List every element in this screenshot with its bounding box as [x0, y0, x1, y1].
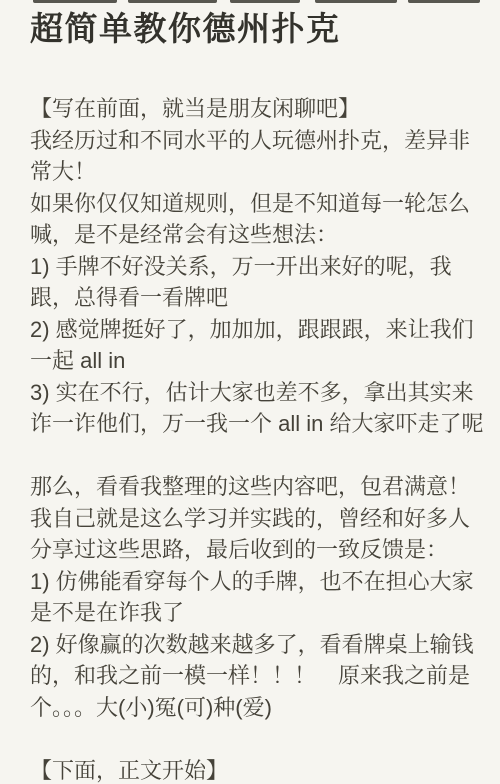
- article-title: 超简单教你德州扑克: [30, 9, 485, 49]
- list-item-2: 2) 感觉牌挺好了，加加加，跟跟跟，来让我们一起 all in: [30, 314, 485, 377]
- glyph-remnant-bar: [315, 0, 397, 3]
- intro-bracket-line: 【写在前面，就当是朋友闲聊吧】: [30, 93, 485, 125]
- blank-line: [30, 723, 485, 755]
- list-item-3: 3) 实在不行，估计大家也差不多，拿出其实来诈一诈他们，万一我一个 all in…: [30, 377, 485, 440]
- article-body: 【写在前面，就当是朋友闲聊吧】 我经历过和不同水平的人玩德州扑克，差异非常大！ …: [30, 93, 485, 784]
- cropped-text-remnant: [0, 0, 500, 4]
- glyph-remnant-bar: [128, 0, 217, 3]
- glyph-remnant-bar: [230, 0, 300, 3]
- paragraph: 我经历过和不同水平的人玩德州扑克，差异非常大！: [30, 125, 485, 188]
- paragraph: 我自己就是这么学习并实践的，曾经和好多人分享过这些思路，最后收到的一致反馈是：: [30, 503, 485, 566]
- blank-line: [30, 440, 485, 472]
- closing-bracket-line: 【下面，正文开始】: [30, 755, 485, 784]
- glyph-remnant-bar: [33, 0, 117, 3]
- paragraph: 那么，看看我整理的这些内容吧，包君满意！: [30, 471, 485, 503]
- paragraph: 如果你仅仅知道规则，但是不知道每一轮怎么喊，是不是经常会有这些想法：: [30, 188, 485, 251]
- glyph-remnant-bar: [408, 0, 480, 3]
- feedback-item-1: 1) 仿佛能看穿每个人的手牌，也不在担心大家是不是在诈我了: [30, 566, 485, 629]
- list-item-1: 1) 手牌不好没关系，万一开出来好的呢，我跟，总得看一看牌吧: [30, 251, 485, 314]
- feedback-item-2: 2) 好像赢的次数越来越多了，看看牌桌上输钱的，和我之前一模一样！！！ 原来我之…: [30, 629, 485, 724]
- article: 超简单教你德州扑克 【写在前面，就当是朋友闲聊吧】 我经历过和不同水平的人玩德州…: [0, 0, 500, 784]
- page: { "article": { "title": "超简单教你德州扑克", "pa…: [0, 0, 500, 784]
